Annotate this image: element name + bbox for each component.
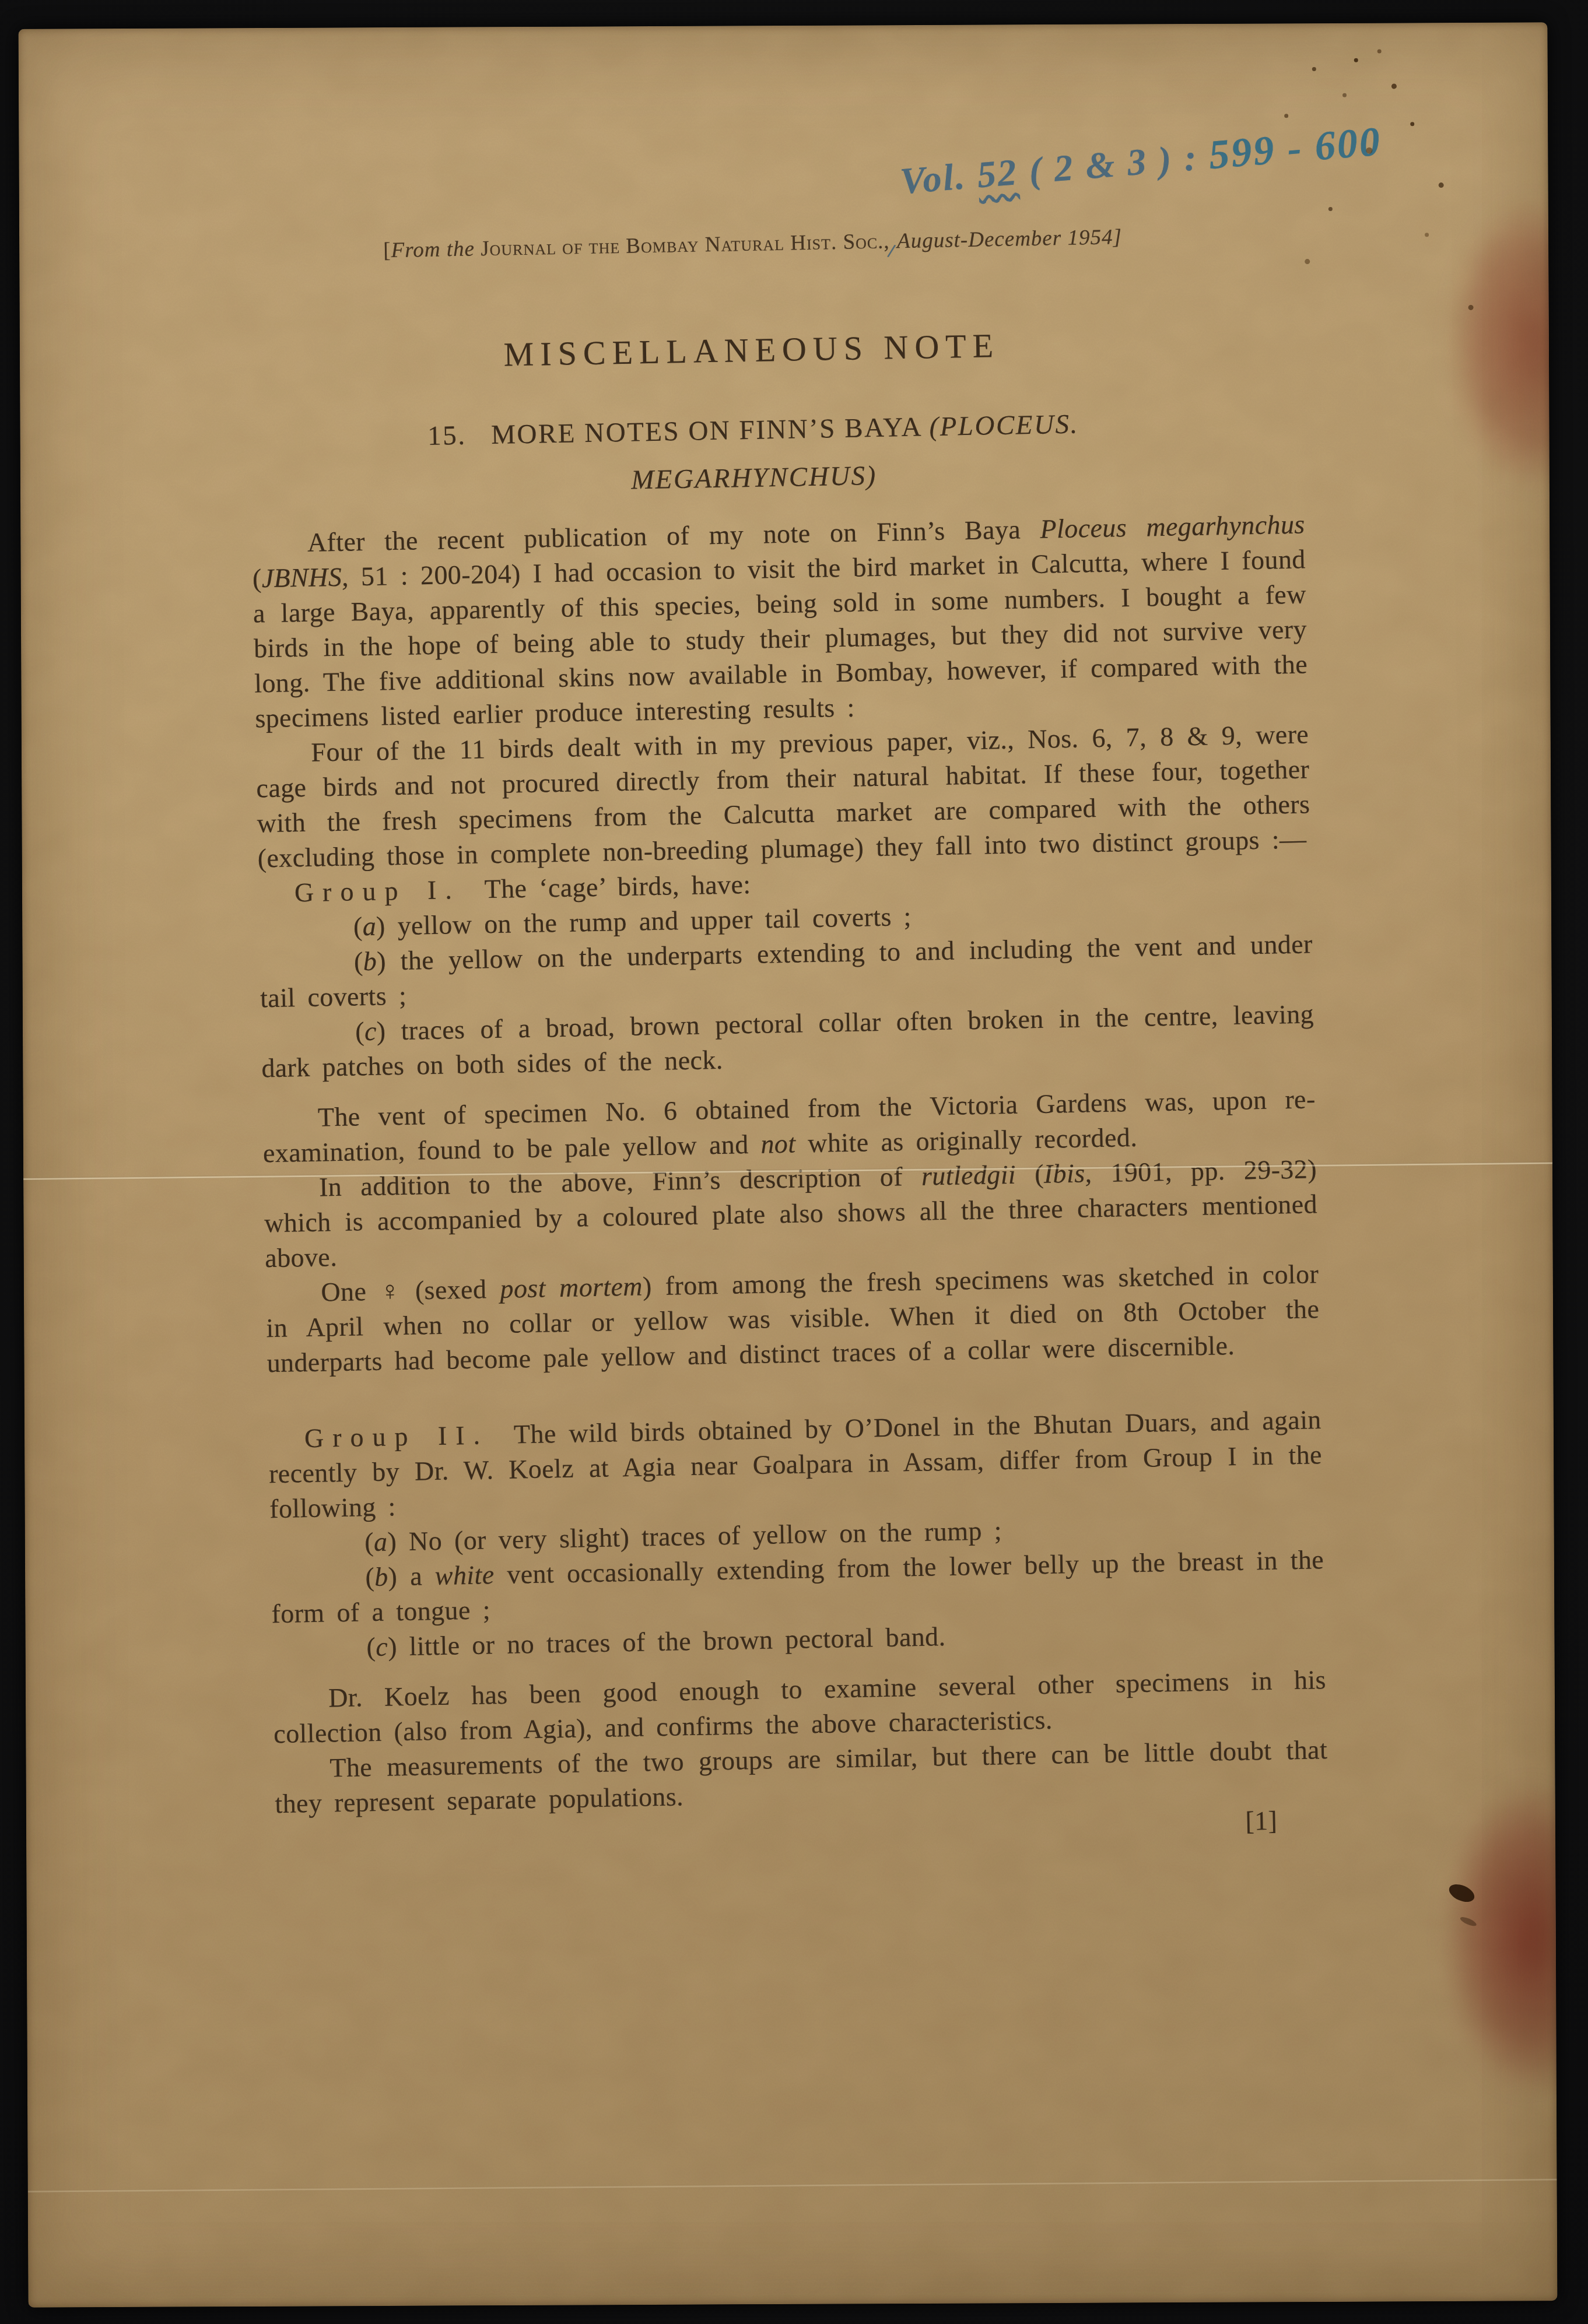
body-text-column: After the recent publication of my note … [251, 507, 1329, 1856]
paragraph-intro: After the recent publication of my note … [251, 507, 1308, 736]
page-title: MISCELLANEOUS NOTE [18, 316, 1540, 383]
document-page: Vol. 52 ( 2 & 3 ) : 599 - 600 [From the … [18, 22, 1557, 2307]
handwritten-volume-annotation: Vol. 52 ( 2 & 3 ) : 599 - 600 [898, 107, 1518, 205]
scanner-background: Vol. 52 ( 2 & 3 ) : 599 - 600 [From the … [0, 0, 1588, 2324]
printed-content: Vol. 52 ( 2 & 3 ) : 599 - 600 [From the … [18, 22, 1557, 2307]
paragraph-female-specimen: One ♀ (sexed post mortem) from among the… [265, 1256, 1320, 1381]
foxing-spots [1354, 58, 1358, 62]
note-heading-line1: 15. MORE NOTES ON FINN’S BAYA (PLOCEUS. [18, 400, 1541, 459]
journal-source-line: [From the Journal of the Bombay Natural … [18, 217, 1537, 270]
paragraph-finns-description: In addition to the above, Finn’s descrip… [264, 1152, 1319, 1276]
group2-heading: Group II. The wild birds obtained by O’D… [268, 1402, 1323, 1526]
paragraph-four-birds: Four of the 11 birds dealt with in my pr… [255, 717, 1311, 876]
note-heading-line2: MEGARHYNCHUS) [18, 448, 1542, 507]
